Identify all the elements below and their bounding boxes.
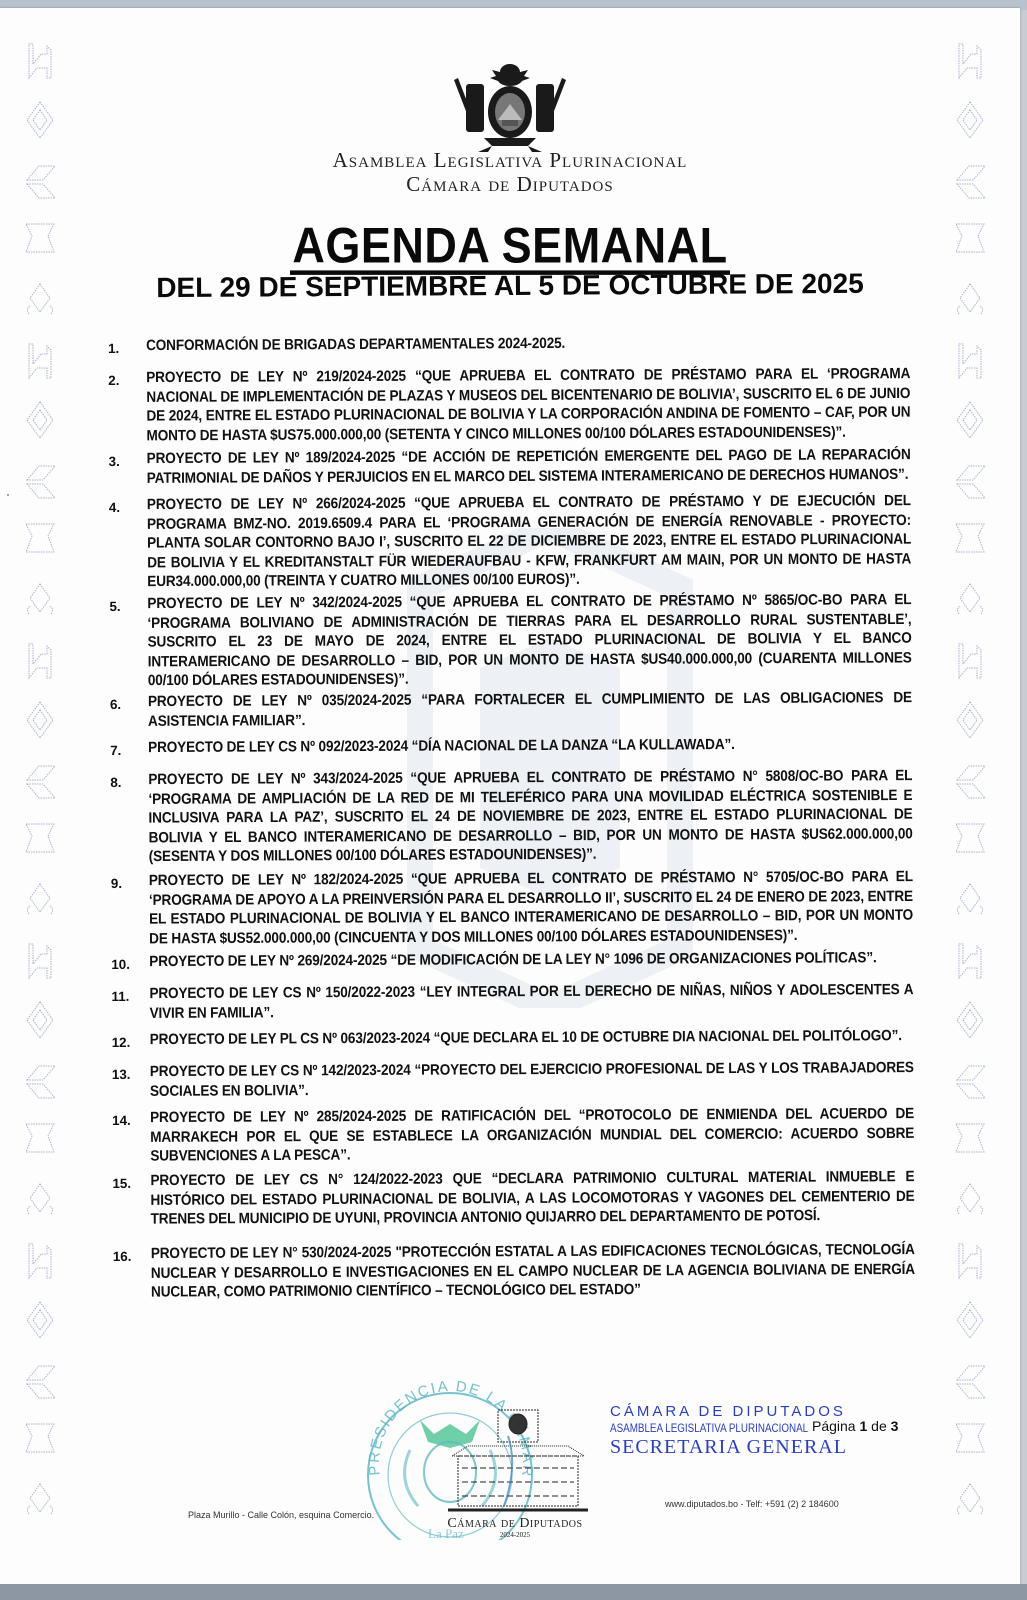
andean-motif-icon [23, 458, 57, 502]
item-number: 1. [108, 336, 146, 357]
document-page: Asamblea Legislativa Plurinacional Cámar… [0, 8, 1020, 1586]
agenda-item: 16.PROYECTO DE LEY N° 530/2024-2025 "PRO… [113, 1239, 915, 1296]
item-text: PROYECTO DE LEY CS Nº 150/2022-2023 “LEY… [149, 979, 913, 1021]
andean-motif-icon [23, 1358, 57, 1402]
item-text: PROYECTO DE LEY CS Nº 142/2023-2024 “PRO… [150, 1057, 914, 1099]
building-logo-caption: Cámara de Diputados 2024-2025 [380, 1516, 650, 1539]
agenda-item: 9.PROYECTO DE LEY Nº 182/2024-2025 “QUE … [111, 866, 913, 940]
page-number: Página 1 de 3 [812, 1418, 898, 1434]
andean-motif-icon [23, 1298, 57, 1342]
footer-address: Plaza Murillo - Calle Colón, esquina Com… [188, 1510, 374, 1520]
building-logo-title: Cámara de Diputados [380, 1516, 650, 1532]
page-total: 3 [891, 1418, 899, 1434]
item-number: 7. [110, 738, 148, 759]
item-number: 10. [111, 951, 149, 972]
item-number: 2. [108, 368, 146, 438]
andean-motif-icon [23, 1478, 57, 1522]
andean-motif-icon [953, 998, 987, 1042]
andean-motif-icon [953, 818, 987, 862]
item-number: 16. [113, 1243, 151, 1296]
andean-motif-icon [953, 518, 987, 562]
andean-motif-icon [23, 398, 57, 442]
page-title: AGENDA SEMANAL [0, 220, 1020, 272]
andean-motif-icon [23, 938, 57, 982]
agenda-item: 4.PROYECTO DE LEY Nº 266/2024-2025 “QUE … [109, 491, 911, 583]
andean-motif-icon [953, 1358, 987, 1402]
andean-motif-icon [953, 878, 987, 922]
page-separator: de [871, 1418, 887, 1434]
page-title-text: AGENDA SEMANAL [290, 221, 729, 275]
scan-bottom-edge [0, 1584, 1027, 1600]
page-prefix: Página [812, 1418, 856, 1434]
agenda-item: 6.PROYECTO DE LEY Nº 035/2024-2025 “PARA… [110, 688, 912, 727]
andean-motif-icon [953, 398, 987, 442]
agenda-item: 14.PROYECTO DE LEY Nº 285/2024-2025 DE R… [112, 1103, 914, 1160]
andean-motif-icon [23, 758, 57, 802]
andean-motif-icon [23, 98, 57, 142]
item-number: 3. [109, 449, 147, 484]
andean-motif-icon [953, 1478, 987, 1522]
footer-contact: www.diputados.bo - Telf: +591 (2) 2 1846… [665, 1499, 839, 1509]
item-text: PROYECTO DE LEY N° 530/2024-2025 "PROTEC… [151, 1239, 915, 1301]
andean-motif-icon [23, 1058, 57, 1102]
scan-speck [7, 494, 9, 496]
item-text: PROYECTO DE LEY PL CS Nº 063/2023-2024 “… [150, 1025, 914, 1052]
andean-motif-icon [23, 1238, 57, 1282]
item-text: PROYECTO DE LEY Nº 269/2024-2025 “DE MOD… [149, 947, 913, 974]
andean-motif-icon [23, 338, 57, 382]
andean-motif-icon [23, 1418, 57, 1462]
item-text: PROYECTO DE LEY Nº 219/2024-2025 “QUE AP… [146, 364, 910, 445]
stamp-assembly: ASAMBLEA LEGISLATIVA PLURINACIONAL [610, 1421, 808, 1435]
andean-motif-icon [953, 758, 987, 802]
item-number: 4. [109, 495, 147, 583]
item-text: PROYECTO DE LEY Nº 342/2024-2025 “QUE AP… [147, 589, 911, 689]
andean-motif-icon [953, 1298, 987, 1342]
item-text: PROYECTO DE LEY Nº 266/2024-2025 “QUE AP… [147, 491, 911, 591]
chamber-name: Cámara de Diputados [0, 172, 1020, 197]
andean-motif-icon [23, 1118, 57, 1162]
andean-motif-icon [23, 818, 57, 862]
item-number: 15. [112, 1171, 150, 1224]
item-number: 13. [112, 1061, 150, 1096]
page-current: 1 [859, 1418, 867, 1434]
andean-motif-icon [953, 638, 987, 682]
andean-motif-icon [23, 998, 57, 1042]
andean-motif-icon [953, 698, 987, 742]
chamber-building-logo-icon [448, 1406, 588, 1516]
stamp-secretaria: SECRETARIA GENERAL [610, 1436, 852, 1459]
andean-motif-icon [23, 1178, 57, 1222]
agenda-item: 8.PROYECTO DE LEY Nº 343/2024-2025 “QUE … [110, 766, 912, 858]
andean-motif-icon [23, 878, 57, 922]
andean-motif-icon [23, 578, 57, 622]
andean-motif-icon [953, 458, 987, 502]
agenda-item: 1.CONFORMACIÓN DE BRIGADAS DEPARTAMENTAL… [108, 332, 910, 357]
andean-motif-icon [953, 1118, 987, 1162]
andean-motif-icon [23, 518, 57, 562]
item-text: CONFORMACIÓN DE BRIGADAS DEPARTAMENTALES… [146, 332, 910, 359]
andean-motif-icon [953, 38, 987, 82]
agenda-item: 15.PROYECTO DE LEY CS N° 124/2022-2023 Q… [112, 1167, 914, 1224]
item-text: PROYECTO DE LEY CS Nº 092/2023-2024 “DÍA… [148, 734, 912, 761]
item-text: PROYECTO DE LEY Nº 189/2024-2025 “DE ACC… [147, 445, 911, 487]
andean-motif-icon [23, 638, 57, 682]
institution-name: Asamblea Legislativa Plurinacional [0, 148, 1020, 173]
item-number: 9. [111, 870, 149, 940]
agenda-item: 11.PROYECTO DE LEY CS Nº 150/2022-2023 “… [111, 979, 913, 1018]
item-number: 5. [109, 593, 147, 681]
agenda-item: 7.PROYECTO DE LEY CS Nº 092/2023-2024 “D… [110, 734, 912, 759]
item-text: PROYECTO DE LEY CS N° 124/2022-2023 QUE … [150, 1167, 914, 1229]
agenda-item: 5.PROYECTO DE LEY Nº 342/2024-2025 “QUE … [109, 589, 911, 681]
item-number: 11. [111, 983, 149, 1018]
bolivia-coat-of-arms-icon [448, 60, 572, 152]
item-number: 14. [112, 1107, 150, 1160]
date-range-subtitle: DEL 29 DE SEPTIEMBRE AL 5 DE OCTUBRE DE … [0, 267, 1020, 305]
andean-motif-icon [23, 698, 57, 742]
andean-motif-icon [953, 1178, 987, 1222]
agenda-item: 10.PROYECTO DE LEY Nº 269/2024-2025 “DE … [111, 947, 913, 972]
item-text: PROYECTO DE LEY Nº 182/2024-2025 “QUE AP… [149, 866, 913, 947]
item-text: PROYECTO DE LEY Nº 285/2024-2025 DE RATI… [150, 1103, 914, 1165]
agenda-item: 2.PROYECTO DE LEY Nº 219/2024-2025 “QUE … [108, 364, 910, 438]
agenda-item: 13.PROYECTO DE LEY CS Nº 142/2023-2024 “… [112, 1057, 914, 1096]
andean-motif-icon [953, 1418, 987, 1462]
item-number: 6. [110, 692, 148, 727]
andean-motif-icon [953, 938, 987, 982]
agenda-list: 1.CONFORMACIÓN DE BRIGADAS DEPARTAMENTAL… [108, 332, 915, 1307]
agenda-item: 3.PROYECTO DE LEY Nº 189/2024-2025 “DE A… [109, 445, 911, 484]
andean-motif-icon [953, 578, 987, 622]
andean-motif-icon [953, 1238, 987, 1282]
agenda-item: 12.PROYECTO DE LEY PL CS Nº 063/2023-202… [112, 1025, 914, 1050]
andean-motif-icon [953, 338, 987, 382]
building-logo-years: 2024-2025 [380, 1531, 650, 1539]
item-number: 8. [110, 770, 148, 858]
item-text: PROYECTO DE LEY Nº 035/2024-2025 “PARA F… [148, 688, 912, 730]
andean-motif-icon [23, 38, 57, 82]
item-text: PROYECTO DE LEY Nº 343/2024-2025 “QUE AP… [148, 766, 912, 866]
item-number: 12. [112, 1029, 150, 1050]
andean-motif-icon [953, 1058, 987, 1102]
andean-motif-icon [953, 98, 987, 142]
